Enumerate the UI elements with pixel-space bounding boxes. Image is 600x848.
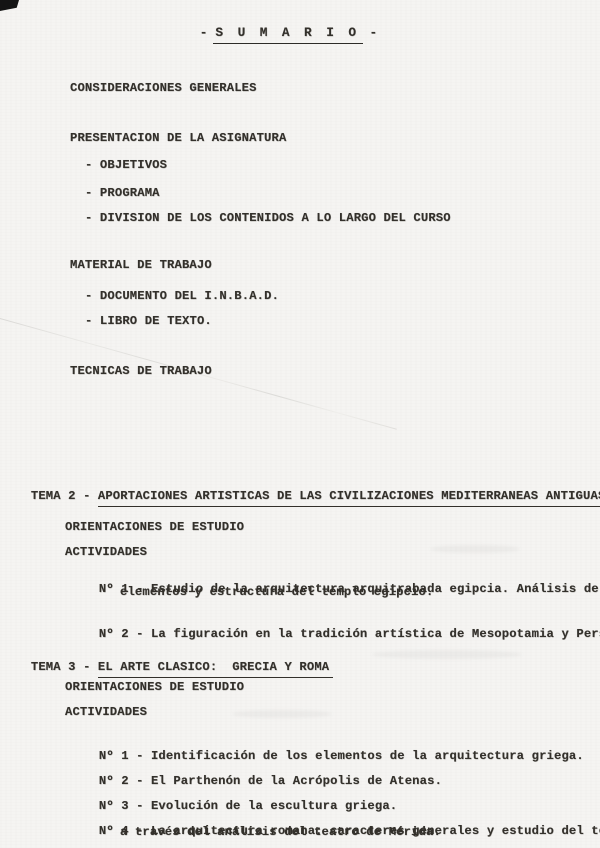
list-item-division-contenidos: - DIVISION DE LOS CONTENIDOS A LO LARGO … — [85, 211, 451, 225]
tema-2-activity-1-continuation: elementos y estructura del templo egipci… — [120, 585, 433, 599]
heading-tecnicas-trabajo: TECNICAS DE TRABAJO — [70, 364, 212, 378]
list-item-libro-texto: - LIBRO DE TEXTO. — [85, 314, 212, 328]
title-text: S U M A R I O — [213, 25, 363, 44]
scanned-document-page: -S U M A R I O- CONSIDERACIONES GENERALE… — [0, 0, 600, 848]
list-item-documento-inbad: - DOCUMENTO DEL I.N.B.A.D. — [85, 289, 279, 303]
tema-3-actividades-heading: ACTIVIDADES — [65, 705, 147, 719]
tema-2-heading: TEMA 2 -APORTACIONES ARTISTICAS DE LAS C… — [1, 475, 600, 517]
list-item-objetivos: - OBJETIVOS — [85, 158, 167, 172]
tema-3-orientaciones: ORIENTACIONES DE ESTUDIO — [65, 680, 244, 694]
title-suffix-dash: - — [369, 25, 377, 40]
tema-2-title: APORTACIONES ARTISTICAS DE LAS CIVILIZAC… — [98, 489, 600, 507]
tema-3-title: EL ARTE CLASICO: GRECIA Y ROMA — [98, 660, 333, 678]
heading-consideraciones-generales: CONSIDERACIONES GENERALES — [70, 81, 257, 95]
scan-smudge — [430, 545, 520, 553]
heading-presentacion-asignatura: PRESENTACION DE LA ASIGNATURA — [70, 131, 286, 145]
page-title: -S U M A R I O- — [163, 12, 383, 54]
tema-2-orientaciones: ORIENTACIONES DE ESTUDIO — [65, 520, 244, 534]
scan-corner-artifact — [0, 0, 19, 11]
title-prefix-dash: - — [200, 25, 208, 40]
activity-number: Nº 2 - — [99, 627, 144, 641]
list-item-programa: - PROGRAMA — [85, 186, 160, 200]
tema-2-actividades-heading: ACTIVIDADES — [65, 545, 147, 559]
heading-material-trabajo: MATERIAL DE TRABAJO — [70, 258, 212, 272]
scan-noise-overlay — [0, 0, 600, 848]
tema-3-label: TEMA 3 - — [31, 660, 91, 674]
scan-smudge — [232, 710, 332, 718]
tema-3-activity-4-continuation: a través del análisis del teatro de Méri… — [120, 825, 441, 839]
activity-text: La figuración en la tradición artística … — [151, 627, 600, 641]
tema-2-label: TEMA 2 - — [31, 489, 91, 503]
